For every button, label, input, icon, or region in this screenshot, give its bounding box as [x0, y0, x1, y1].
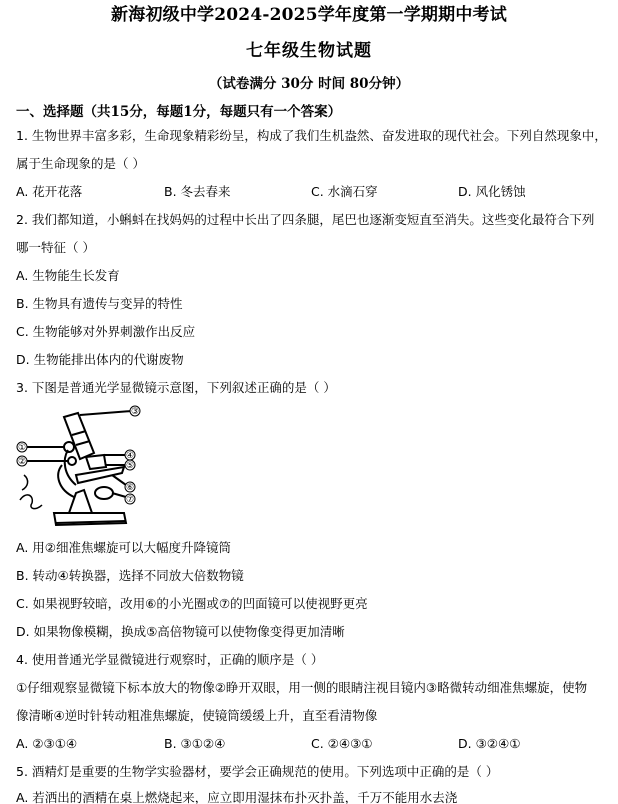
- svg-text:⑦: ⑦: [126, 495, 134, 505]
- q4-option-d: D. ③②④①: [458, 736, 520, 752]
- q3-option-b: B. 转动④转换器，选择不同放大倍数物镜: [16, 568, 244, 584]
- q2-option-b: B. 生物具有遗传与变异的特性: [16, 296, 183, 312]
- q4-stem: 4. 使用普通光学显微镜进行观察时，正确的顺序是（ ）: [16, 652, 323, 668]
- q3-option-d: D. 如果物像模糊，换成⑤高倍物镜可以使物像变得更加清晰: [16, 624, 345, 640]
- microscope-figure: ③ ① ② ④ ⑤ ⑥ ⑦: [14, 405, 144, 530]
- q2-option-a: A. 生物能生长发育: [16, 268, 120, 284]
- q4-body-line2: 像清晰④逆时针转动粗准焦螺旋，使镜筒缓缓上升，直至看清物像: [16, 708, 377, 724]
- q2-stem-line1: 2. 我们都知道，小蝌蚪在找妈妈的过程中长出了四条腿，尾巴也逐渐变短直至消失。这…: [16, 212, 594, 228]
- svg-text:③: ③: [131, 407, 139, 417]
- svg-text:⑥: ⑥: [126, 483, 134, 493]
- svg-text:⑤: ⑤: [126, 461, 134, 471]
- q1-stem-line1: 1. 生物世界丰富多彩，生命现象精彩纷呈，构成了我们生机盎然、奋发进取的现代社会…: [16, 128, 607, 144]
- q5-option-a: A. 若洒出的酒精在桌上燃烧起来，应立即用湿抹布扑灭扑盖，千万不能用水去浇: [16, 790, 457, 804]
- exam-title: 新海初级中学2024-2025学年度第一学期期中考试: [0, 0, 618, 25]
- microscope-diagram-icon: ③ ① ② ④ ⑤ ⑥ ⑦: [14, 405, 144, 530]
- q3-stem: 3. 下图是普通光学显微镜示意图，下列叙述正确的是（ ）: [16, 380, 336, 396]
- q1-option-c: C. 水滴石穿: [311, 184, 378, 200]
- q1-option-d: D. 风化锈蚀: [458, 184, 526, 200]
- q4-option-a: A. ②③①④: [16, 736, 77, 752]
- q4-option-b: B. ③①②④: [164, 736, 225, 752]
- q2-option-c: C. 生物能够对外界刺激作出反应: [16, 324, 195, 340]
- q4-option-c: C. ②④③①: [311, 736, 373, 752]
- q3-option-c: C. 如果视野较暗，改用⑥的小光圈或⑦的凹面镜可以使视野更亮: [16, 596, 368, 612]
- exam-info: （试卷满分 30分 时间 80分钟）: [0, 72, 618, 92]
- svg-text:②: ②: [18, 457, 26, 467]
- section-heading: 一、选择题（共15分，每题1分，每题只有一个答案）: [16, 100, 341, 120]
- q2-option-d: D. 生物能排出体内的代谢废物: [16, 352, 184, 368]
- q3-option-a: A. 用②细准焦螺旋可以大幅度升降镜筒: [16, 540, 231, 556]
- q4-body-line1: ①仔细观察显微镜下标本放大的物像②睁开双眼，用一侧的眼睛注视目镜内③略微转动细准…: [16, 680, 587, 696]
- exam-subtitle: 七年级生物试题: [0, 36, 618, 61]
- q2-stem-line2: 哪一特征（ ）: [16, 240, 95, 256]
- q5-stem: 5. 酒精灯是重要的生物学实验器材，要学会正确规范的使用。下列选项中正确的是（ …: [16, 764, 498, 780]
- q1-option-a: A. 花开花落: [16, 184, 82, 200]
- q1-stem-line2: 属于生命现象的是（ ）: [16, 156, 145, 172]
- q1-option-b: B. 冬去春来: [164, 184, 231, 200]
- svg-text:①: ①: [18, 443, 26, 453]
